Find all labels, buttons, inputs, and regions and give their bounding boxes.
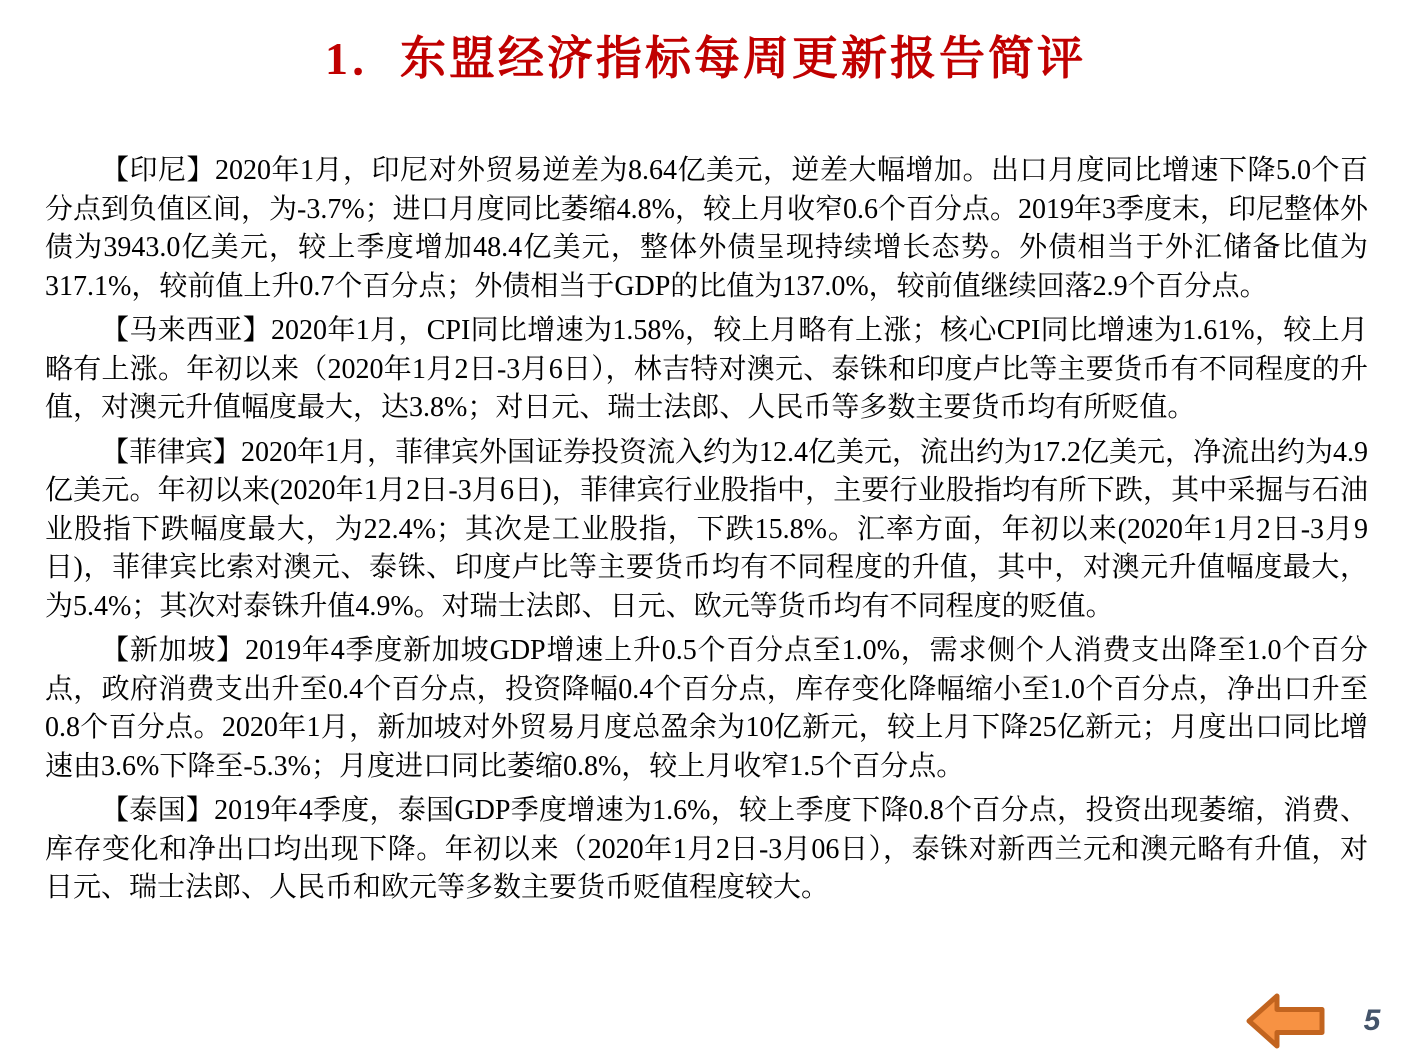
report-body: 【印尼】2020年1月，印尼对外贸易逆差为8.64亿美元，逆差大幅增加。出口月度… [45,152,1368,914]
page-title: 1．东盟经济指标每周更新报告简评 [0,22,1411,88]
back-arrow-icon[interactable] [1246,992,1326,1050]
paragraph-philippines: 【菲律宾】2020年1月，菲律宾外国证券投资流入约为12.4亿美元，流出约为17… [45,434,1368,627]
paragraph-thailand: 【泰国】2019年4季度，泰国GDP季度增速为1.6%，较上季度下降0.8个百分… [45,792,1368,908]
left-arrow-shape [1249,996,1322,1046]
paragraph-malaysia: 【马来西亚】2020年1月，CPI同比增速为1.58%，较上月略有上涨；核心CP… [45,312,1368,428]
paragraph-singapore: 【新加坡】2019年4季度新加坡GDP增速上升0.5个百分点至1.0%，需求侧个… [45,632,1368,786]
paragraph-indonesia: 【印尼】2020年1月，印尼对外贸易逆差为8.64亿美元，逆差大幅增加。出口月度… [45,152,1368,306]
page-number: 5 [1352,1004,1392,1038]
slide-canvas: 1．东盟经济指标每周更新报告简评 【印尼】2020年1月，印尼对外贸易逆差为8.… [0,0,1411,1058]
